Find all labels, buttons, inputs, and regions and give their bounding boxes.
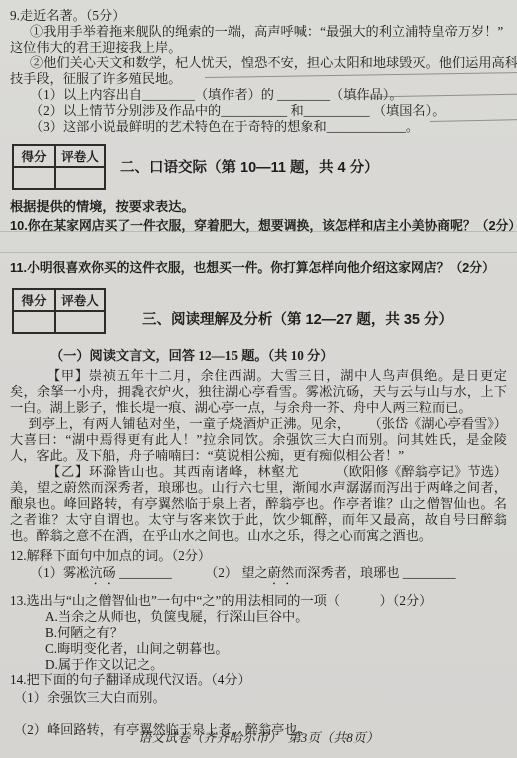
question-13-option-b: B.何陋之有？ bbox=[45, 625, 507, 641]
question-9-section: 9.走近名著。（5分） ①我用手举着拖来舰队的绳索的一端，高声呼喊：“最强大的利… bbox=[10, 8, 507, 134]
question-12-items: （1）雾凇沆砀 ________ （2） 望之蔚然而深秀者，琅琊也 ______… bbox=[30, 565, 507, 588]
question-9-quote-2-line-1: ②他们关心天文和数学，杞人忧天，惶恐不安，担心太阳和地球毁灭。他们运用高科 bbox=[30, 55, 507, 71]
section-2-intro: 根据提供的情境，按要求表达。 bbox=[10, 199, 507, 215]
grader-empty-cell bbox=[55, 311, 105, 333]
question-13-option-c: C.晦明变化者，山间之朝暮也。 bbox=[45, 641, 507, 657]
score-empty-cell bbox=[13, 311, 55, 333]
grader-empty-cell bbox=[55, 167, 105, 189]
question-12-title: 12.解释下面句中加点的词。（2分） bbox=[10, 548, 507, 564]
score-label-cell: 得分 bbox=[13, 289, 55, 311]
scan-artifact-line bbox=[0, 231, 517, 232]
exam-page: 9.走近名著。（5分） ①我用手举着拖来舰队的绳索的一端，高声呼喊：“最强大的利… bbox=[0, 0, 517, 758]
score-table: 得分 评卷人 bbox=[12, 288, 106, 334]
q12-item-2-dotted-word: 蔚然 bbox=[268, 565, 294, 580]
question-9-quote-1-line-2: 这位伟大的君王迎接我上岸。 bbox=[10, 40, 507, 56]
passage-jia-citation: （张岱《湖心亭看雪》） bbox=[350, 416, 507, 432]
passage-yi-paragraph: （欧阳修《醉翁亭记》节选） 【乙】环滁皆山也。其西南诸峰，林壑尤美，望之蔚然而深… bbox=[10, 464, 507, 544]
passage-yi-citation: （欧阳修《醉翁亭记》节选） bbox=[299, 464, 507, 480]
question-9-title: 9.走近名著。（5分） bbox=[10, 8, 507, 24]
grader-label-cell: 评卷人 bbox=[55, 145, 105, 167]
question-14-title: 14.把下面的句子翻译成现代汉语。（4分） bbox=[10, 672, 507, 688]
scan-artifact-line bbox=[0, 252, 517, 253]
question-13-title: 13.选出与“山之僧智仙也”一句中“之”的用法相同的一项（ ）（2分） bbox=[10, 593, 507, 609]
page-footer: 语文试卷（齐齐哈尔市） 第3页（共8页） bbox=[0, 727, 517, 746]
score-table: 得分 评卷人 bbox=[12, 144, 106, 190]
question-14-item-1: （1）余强饮三大白而别。 bbox=[14, 690, 507, 706]
score-label-cell: 得分 bbox=[13, 145, 55, 167]
grader-label-cell: 评卷人 bbox=[55, 289, 105, 311]
question-9-quote-1-line-1: ①我用手举着拖来舰队的绳索的一端，高声呼喊：“最强大的利立浦特皇帝万岁！” bbox=[30, 24, 507, 40]
q12-item-2-text-tail: 而深秀者，琅琊也 bbox=[294, 565, 400, 580]
q12-item-2-text: （2） 望之 bbox=[205, 565, 268, 580]
section-3-title: 三、阅读理解及分析（第 12—27 题，共 35 分） bbox=[142, 308, 453, 329]
q12-item-1-text: （1）雾凇 bbox=[30, 565, 89, 580]
section-3-header: 得分 评卷人 三、阅读理解及分析（第 12—27 题，共 35 分） bbox=[10, 288, 507, 334]
passage-jia-paragraph-2: （张岱《湖心亭看雪》） 到亭上，有两人铺毡对坐，一童子烧酒炉正沸。见余，大喜曰：… bbox=[10, 416, 507, 464]
passage-jia-paragraph-1: 【甲】崇祯五年十二月，余住西湖。大雪三日，湖中人鸟声俱绝。是日更定矣，余拏一小舟… bbox=[10, 368, 507, 416]
section-2-title: 二、口语交际（第 10—11 题，共 4 分） bbox=[120, 156, 379, 177]
q12-item-1-dotted-word: 沆砀 bbox=[89, 565, 115, 580]
question-9-sub-2: （2）以上情节分别涉及作品中的__________ 和__________ （填… bbox=[30, 103, 507, 119]
question-13-option-a: A.当余之从师也，负箧曳屣，行深山巨谷中。 bbox=[45, 609, 507, 625]
part-1-heading: （一）阅读文言文，回答 12—15 题。（共 10 分） bbox=[50, 348, 507, 364]
q12-item-1-blank: ________ bbox=[119, 565, 172, 580]
score-empty-cell bbox=[13, 167, 55, 189]
passage-text: 【甲】崇祯五年十二月，余住西湖。大雪三日，湖中人鸟声俱绝。是日更定矣，余拏一小舟… bbox=[10, 368, 507, 415]
question-11: 11.小明很喜欢你买的这件衣服，也想买一件。你打算怎样向他介绍这家网店？（2分） bbox=[10, 260, 507, 276]
question-13-option-d: D.属于作文以记之。 bbox=[45, 657, 507, 673]
section-2-header: 得分 评卷人 二、口语交际（第 10—11 题，共 4 分） bbox=[10, 144, 507, 190]
q12-item-2-blank: ________ bbox=[403, 565, 456, 580]
